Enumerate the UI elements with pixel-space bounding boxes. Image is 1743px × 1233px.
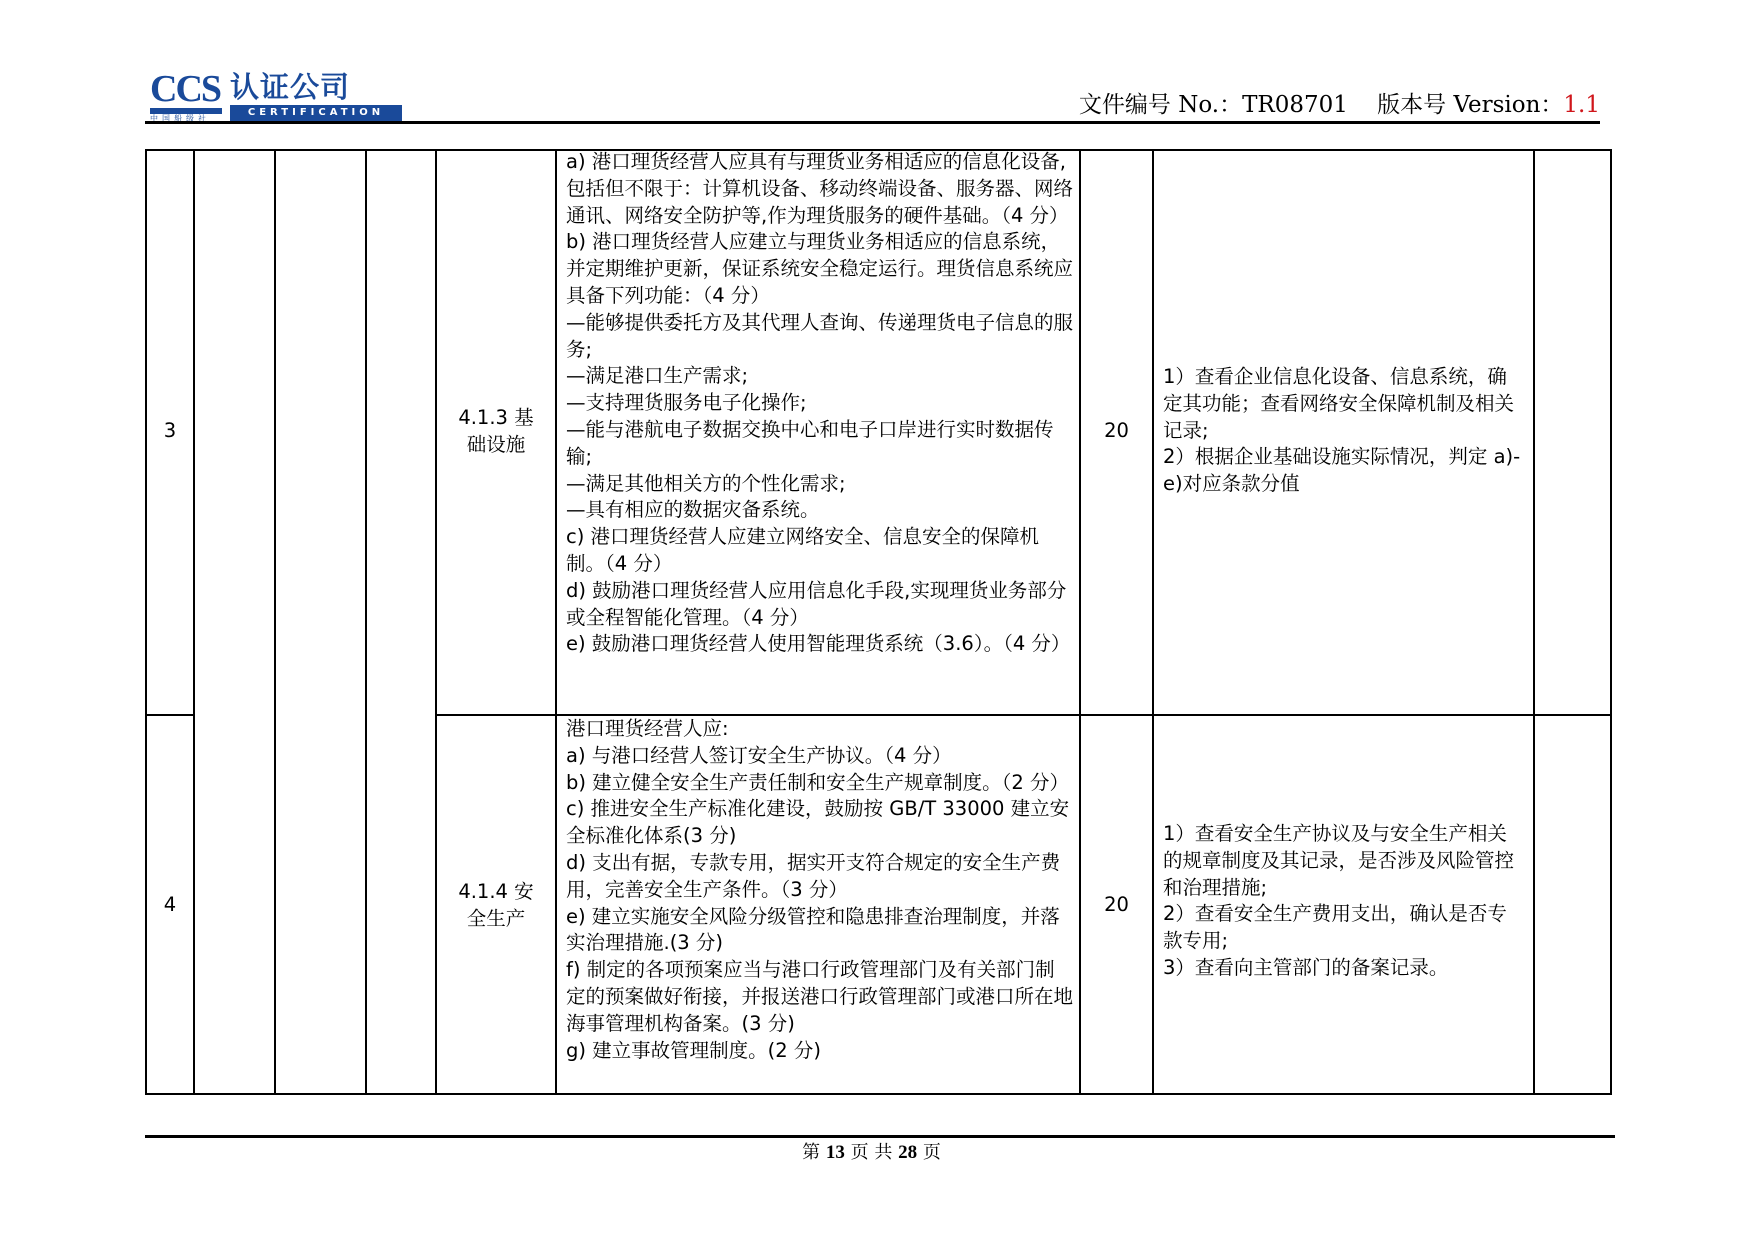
doc-no-label: 文件编号 No.： [1079, 92, 1242, 118]
requirement-item: e) 鼓励港口理货经营人使用智能理货系统（3.6）。（4 分） [566, 631, 1074, 658]
clause-line: 4.1.3 基 [437, 405, 555, 432]
score: 20 [1081, 892, 1152, 919]
version-number: 1.1 [1563, 92, 1600, 118]
col-border [1533, 149, 1535, 1095]
method-item: 2）查看安全生产费用支出，确认是否专款专用; [1163, 901, 1525, 955]
requirement-item: b) 建立健全安全生产责任制和安全生产规章制度。（2 分） [566, 770, 1074, 797]
page-number: 第 13 页 共 28 页 [0, 1141, 1743, 1165]
requirements-text: a) 港口理货经营人应具有与理货业务相适应的信息化设备,包括但不限于：计算机设备… [566, 149, 1074, 658]
col-border [145, 149, 147, 1095]
page-mid: 页 共 [851, 1142, 893, 1163]
requirement-item: d) 鼓励港口理货经营人应用信息化手段,实现理货业务部分或全程智能化管理。（4 … [566, 578, 1074, 632]
col-border [1079, 149, 1081, 1095]
method-item: 3）查看向主管部门的备案记录。 [1163, 955, 1525, 982]
requirement-item: —满足港口生产需求; [566, 363, 1074, 390]
requirement-item: a) 与港口经营人签订安全生产协议。（4 分） [566, 743, 1074, 770]
score: 20 [1081, 418, 1152, 445]
col-border [193, 149, 195, 1095]
clause-line: 4.1.4 安 [437, 879, 555, 906]
clause-title: 4.1.3 基 础设施 [437, 405, 555, 459]
page-prefix: 第 [802, 1142, 820, 1163]
current-page: 13 [826, 1142, 845, 1163]
row-divider-seg [145, 714, 193, 716]
assessment-method: 1）查看安全生产协议及与安全生产相关的规章制度及其记录，是否涉及风险管控和治理措… [1163, 821, 1525, 982]
requirement-item: f) 制定的各项预案应当与港口行政管理部门及有关部门制定的预案做好衔接，并报送港… [566, 957, 1074, 1037]
logo-tagline: CERTIFICATION [230, 105, 402, 121]
evaluation-table: 3 4.1.3 基 础设施 a) 港口理货经营人应具有与理货业务相适应的信息化设… [145, 149, 1612, 1094]
document-number-line: 文件编号 No.：TR08701 版本号 Version：1.1 [1079, 90, 1600, 120]
requirement-item: —满足其他相关方的个性化需求; [566, 471, 1074, 498]
col-border [555, 149, 557, 1095]
col-border [365, 149, 367, 1095]
col-border [1152, 149, 1154, 1095]
requirement-item: d) 支出有据，专款专用，据实开支符合规定的安全生产费用，完善安全生产条件。（3… [566, 850, 1074, 904]
requirement-item: —能与港航电子数据交换中心和电子口岸进行实时数据传输; [566, 417, 1074, 471]
requirement-item: g) 建立事故管理制度。(2 分) [566, 1038, 1074, 1065]
clause-line: 础设施 [437, 432, 555, 459]
requirement-item: e) 建立实施安全风险分级管控和隐患排查治理制度，并落实治理措施.(3 分) [566, 904, 1074, 958]
requirements-text: 港口理货经营人应: a) 与港口经营人签订安全生产协议。（4 分） b) 建立健… [566, 716, 1074, 1064]
doc-no: TR08701 [1242, 92, 1348, 118]
assessment-method: 1）查看企业信息化设备、信息系统，确定其功能；查看网络安全保障机制及相关记录; … [1163, 364, 1525, 498]
col-border [1610, 149, 1612, 1095]
requirement-item: 港口理货经营人应: [566, 716, 1074, 743]
clause-title: 4.1.4 安 全生产 [437, 879, 555, 933]
col-border [274, 149, 276, 1095]
header-rule [145, 121, 1600, 124]
method-item: 1）查看企业信息化设备、信息系统，确定其功能；查看网络安全保障机制及相关记录; [1163, 364, 1525, 444]
requirement-item: c) 港口理货经营人应建立网络安全、信息安全的保障机制。（4 分） [566, 524, 1074, 578]
footer-rule [145, 1135, 1615, 1138]
requirement-item: c) 推进安全生产标准化建设，鼓励按 GB/T 33000 建立安全标准化体系(… [566, 796, 1074, 850]
logo-mark: CCS [150, 70, 220, 108]
total-pages: 28 [898, 1142, 917, 1163]
requirement-item: —支持理货服务电子化操作; [566, 390, 1074, 417]
clause-line: 全生产 [437, 906, 555, 933]
row-index: 3 [145, 418, 195, 445]
version-label: 版本号 Version： [1377, 92, 1563, 118]
method-item: 1）查看安全生产协议及与安全生产相关的规章制度及其记录，是否涉及风险管控和治理措… [1163, 821, 1525, 901]
requirement-item: a) 港口理货经营人应具有与理货业务相适应的信息化设备,包括但不限于：计算机设备… [566, 149, 1074, 229]
ccs-certification-logo: CCS 认证公司 中国船级社 CERTIFICATION [150, 70, 405, 120]
row-index: 4 [145, 892, 195, 919]
page-suffix: 页 [923, 1142, 941, 1163]
requirement-item: b) 港口理货经营人应建立与理货业务相适应的信息系统，并定期维护更新，保证系统安… [566, 229, 1074, 309]
col-border [435, 149, 437, 1095]
requirement-item: —具有相应的数据灾备系统。 [566, 497, 1074, 524]
requirement-item: —能够提供委托方及其代理人查询、传递理货电子信息的服务; [566, 310, 1074, 364]
logo-company-name: 认证公司 [230, 70, 350, 104]
method-item: 2）根据企业基础设施实际情况，判定 a)-e)对应条款分值 [1163, 444, 1525, 498]
